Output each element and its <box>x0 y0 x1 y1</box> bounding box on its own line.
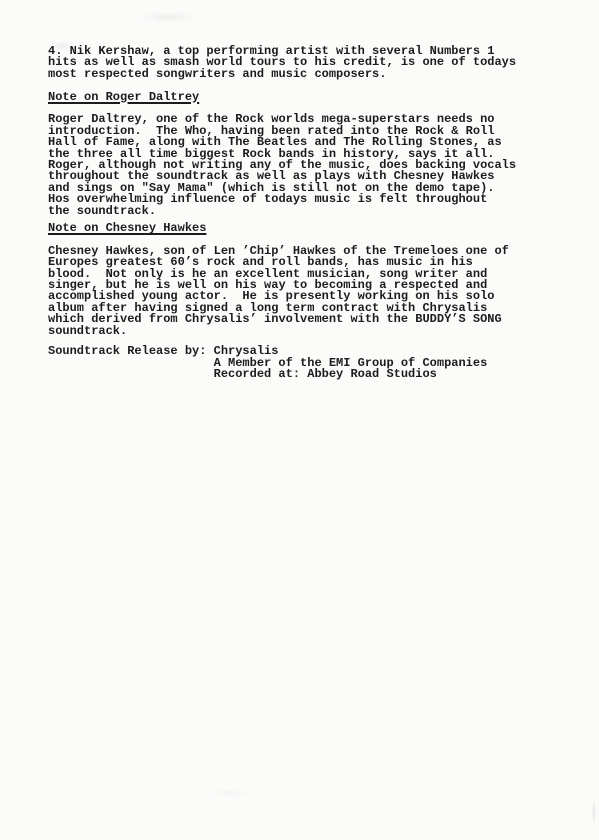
release-details: Chrysalis A Member of the EMI Group of C… <box>214 346 488 380</box>
document-body: 4. Nik Kershaw, a top performing artist … <box>48 46 568 380</box>
section-heading-roger-daltrey: Note on Roger Daltrey <box>48 92 568 103</box>
section-heading-chesney-hawkes: Note on Chesney Hawkes <box>48 223 568 234</box>
release-info: Soundtrack Release by: Chrysalis A Membe… <box>48 346 568 380</box>
section-body-chesney-hawkes: Chesney Hawkes, son of Len ’Chip’ Hawkes… <box>48 246 568 337</box>
document-page: 4. Nik Kershaw, a top performing artist … <box>0 0 599 840</box>
numbered-item-4: 4. Nik Kershaw, a top performing artist … <box>48 46 568 80</box>
release-recorded-at: Recorded at: Abbey Road Studios <box>214 369 488 380</box>
section-body-roger-daltrey: Roger Daltrey, one of the Rock worlds me… <box>48 114 568 217</box>
release-label: Soundtrack Release by: <box>48 346 206 357</box>
